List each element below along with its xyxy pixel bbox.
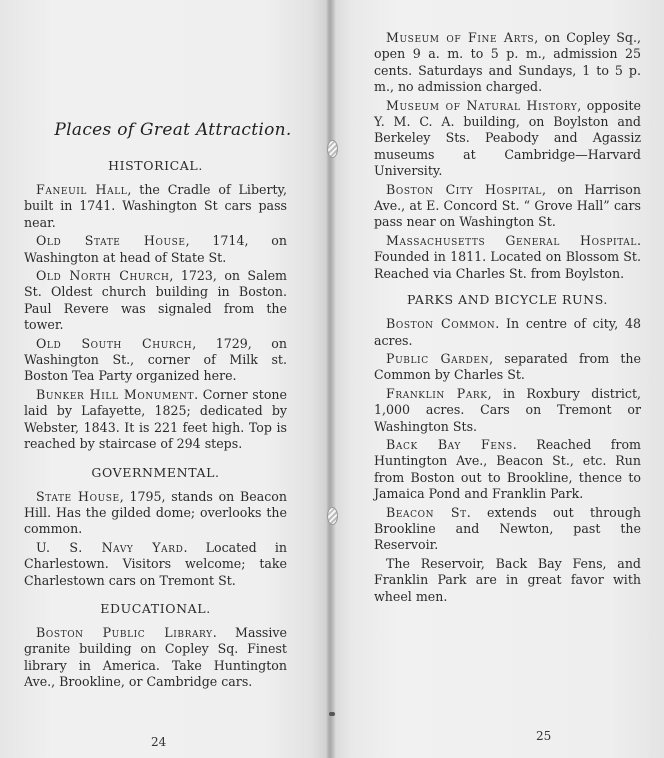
attraction-entry: Franklin Park, in Roxbury district, 1,00… [374,386,641,435]
attraction-entry: Public Garden, separated from the Common… [374,351,641,384]
attraction-name: Franklin Park [386,386,488,401]
attraction-entry: Old South Church, 1729, on Washington St… [24,336,287,385]
attraction-entry: Old State House, 1714, on Washington at … [24,233,287,266]
attraction-name: State House [36,489,120,504]
attraction-description: The Reservoir, Back Bay Fens, and Frankl… [374,556,641,604]
attraction-entry: Bunker Hill Monument. Corner stone laid … [24,387,287,453]
page-number: 24 [151,735,166,749]
attraction-name: Beacon St [386,505,467,520]
attraction-name: Boston Public Library [36,625,213,640]
attraction-entry: U. S. Navy Yard. Located in Charlestown.… [24,540,287,589]
page-title: Places of Great Attraction. [25,120,321,140]
right-page: Museum of Fine Arts, on Copley Sq., open… [331,0,664,758]
attraction-name: Old North Church [36,268,169,283]
attraction-name: Public Garden [386,351,489,366]
attraction-name: Back Bay Fens [386,437,513,452]
section-heading: HISTORICAL. [24,158,287,173]
attraction-entry: Boston City Hospital, on Harrison Ave., … [374,182,641,231]
section-heading: PARKS AND BICYCLE RUNS. [374,292,641,307]
attraction-name: Massachusetts General Hospital [386,233,637,248]
section-heading: GOVERNMENTAL. [24,465,287,480]
attraction-name: Old South Church [36,336,192,351]
attraction-entry: Beacon St. extends out through Brookline… [374,505,641,554]
left-page: Places of Great Attraction. HISTORICAL.F… [0,0,330,758]
attraction-name: Faneuil Hall [36,182,127,197]
attraction-entry: Faneuil Hall, the Cradle of Liberty, bui… [24,182,287,231]
section-heading: EDUCATIONAL. [24,601,287,616]
attraction-entry: Boston Public Library. Massive granite b… [24,625,287,691]
book-spread: Places of Great Attraction. HISTORICAL.F… [0,0,664,758]
attraction-entry: Boston Common. In centre of city, 48 acr… [374,316,641,349]
left-page-content: HISTORICAL.Faneuil Hall, the Cradle of L… [24,150,287,693]
page-number: 25 [536,729,551,743]
attraction-name: Bunker Hill Monument [36,387,194,402]
attraction-name: Old State House [36,233,186,248]
attraction-name: Boston City Hospital [386,182,542,197]
attraction-entry: Old North Church, 1723, on Salem St. Old… [24,268,287,334]
right-page-content: Museum of Fine Arts, on Copley Sq., open… [374,30,641,607]
attraction-name: Boston Common [386,316,495,331]
attraction-name: Museum of Natural History [386,98,577,113]
attraction-name: U. S. Navy Yard [36,540,183,555]
attraction-name: Museum of Fine Arts [386,30,534,45]
attraction-entry: Museum of Natural History, opposite Y. M… [374,98,641,180]
attraction-entry: State House, 1795, stands on Beacon Hill… [24,489,287,538]
attraction-entry: The Reservoir, Back Bay Fens, and Frankl… [374,556,641,605]
attraction-entry: Massachusetts General Hospital. Founded … [374,233,641,282]
attraction-entry: Museum of Fine Arts, on Copley Sq., open… [374,30,641,96]
attraction-entry: Back Bay Fens. Reached from Huntington A… [374,437,641,503]
